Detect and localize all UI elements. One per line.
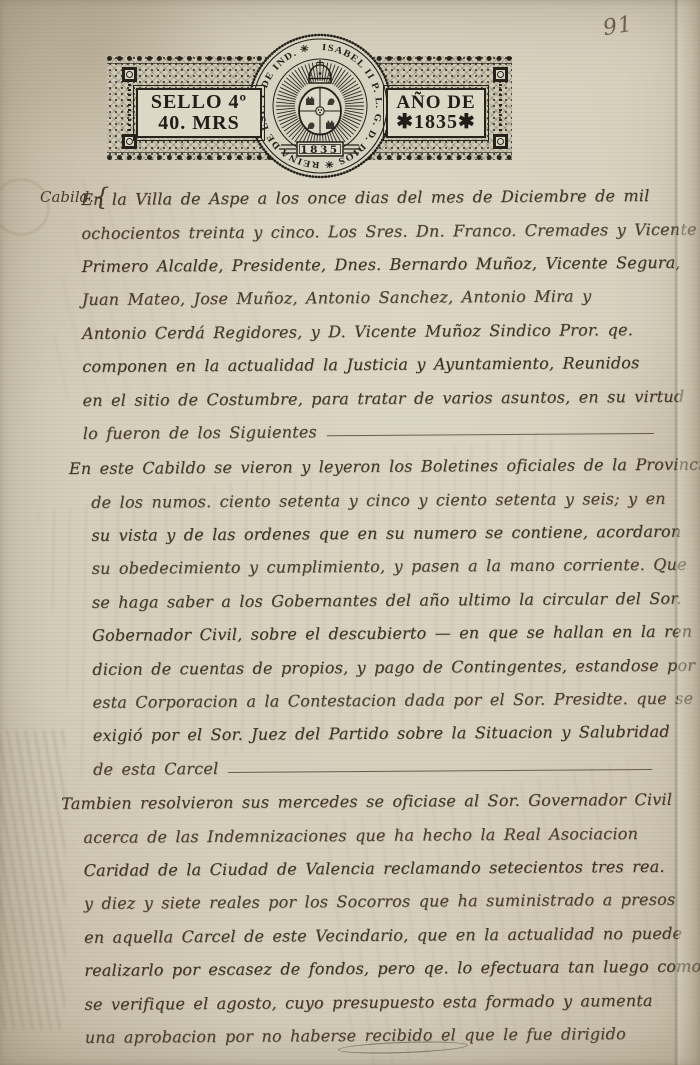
manuscript-line: y diez y siete reales por los Socorros q… [62, 883, 655, 921]
manuscript-line: Caridad de la Ciudad de Valencia reclama… [62, 850, 655, 888]
manuscript-line: su obedecimiento y cumplimiento, y pasen… [70, 548, 655, 585]
ink-smudge [0, 730, 65, 1030]
manuscript-line: Antonio Cerdá Regidores, y D. Vicente Mu… [82, 313, 657, 350]
stamp-denomination-panel: SELLO 4º 40. MRS [136, 88, 262, 138]
paragraph-3: Tambien resolvieron sus mercedes se ofic… [61, 783, 656, 1054]
manuscript-line: En este Cabildo se vieron y leyeron los … [69, 448, 654, 485]
manuscript-line: de los numos. ciento setenta y cinco y c… [69, 481, 654, 518]
folio-number: 91 [601, 12, 635, 41]
line-filler-rule [228, 760, 652, 773]
paragraph-2: En este Cabildo se vieron y leyeron los … [69, 448, 656, 786]
stamp-year-caption: AÑO DE [396, 93, 475, 113]
manuscript-line: de esta Carcel [71, 748, 656, 785]
manuscript-line: su vista y de las ordenes que en su nume… [69, 515, 654, 552]
ornament-square-icon [493, 134, 508, 149]
manuscript-line: en el sitio de Costumbre, para tratar de… [82, 379, 657, 416]
manuscript-line: ochocientos treinta y cinco. Los Sres. D… [81, 212, 656, 249]
manuscript-line: acerca de las Indemnizaciones que ha hec… [61, 816, 654, 854]
stamp-class-label: SELLO 4º [151, 92, 247, 113]
manuscript-line: se haga saber a los Gobernantes del año … [70, 582, 655, 619]
manuscript-line: en aquella Carcel de este Vecindario, qu… [62, 916, 655, 954]
paragraph-1: En la Villa de Aspe a los once dias del … [81, 179, 658, 450]
manuscript-line: En la Villa de Aspe a los once dias del … [81, 179, 656, 216]
stamp-year-panel: AÑO DE ✱1835✱ [386, 88, 486, 138]
stamp-right-ornament [490, 67, 510, 149]
page-edge [678, 0, 700, 1065]
manuscript-line: realizarlo por escasez de fondos, pero q… [62, 950, 655, 988]
manuscript-line: lo fueron de los Siguientes [83, 413, 658, 450]
coat-of-arms [299, 88, 341, 135]
ornament-dots [499, 84, 502, 132]
manuscript-page: 91 SELLO 4º 40. MRS AÑO DE ✱1835✱ ISA [0, 0, 700, 1065]
ornament-square-icon [493, 67, 508, 82]
ornament-square-icon [122, 134, 137, 149]
manuscript-line: Gobernador Civil, sobre el descubierto —… [70, 615, 655, 652]
manuscript-line: Juan Mateo, Jose Muñoz, Antonio Sanchez,… [82, 279, 657, 316]
manuscript-line: componen en la actualidad la Justicia y … [82, 346, 657, 383]
manuscript-line: dicion de cuentas de propios, y pago de … [70, 648, 655, 685]
manuscript-line: exigió por el Sor. Juez del Partido sobr… [71, 715, 656, 752]
stamp-year-value: ✱1835✱ [396, 112, 476, 133]
stamp-value-label: 40. MRS [158, 113, 239, 134]
seal-year-text: 1835 [300, 144, 339, 156]
manuscript-line: Tambien resolvieron sus mercedes se ofic… [61, 783, 654, 821]
ornament-dots [128, 84, 131, 132]
manuscript-line: se verifique el agosto, cuyo presupuesto… [62, 983, 655, 1021]
manuscript-line: Primero Alcalde, Presidente, Dnes. Berna… [82, 246, 657, 283]
manuscript-line: esta Corporacion a la Contestacion dada … [70, 682, 655, 719]
line-filler-rule [327, 425, 654, 437]
royal-seal: ISABEL II P. L. G. D. DIOS ✳ REINA DE ES… [245, 31, 395, 181]
ornament-square-icon [122, 67, 137, 82]
